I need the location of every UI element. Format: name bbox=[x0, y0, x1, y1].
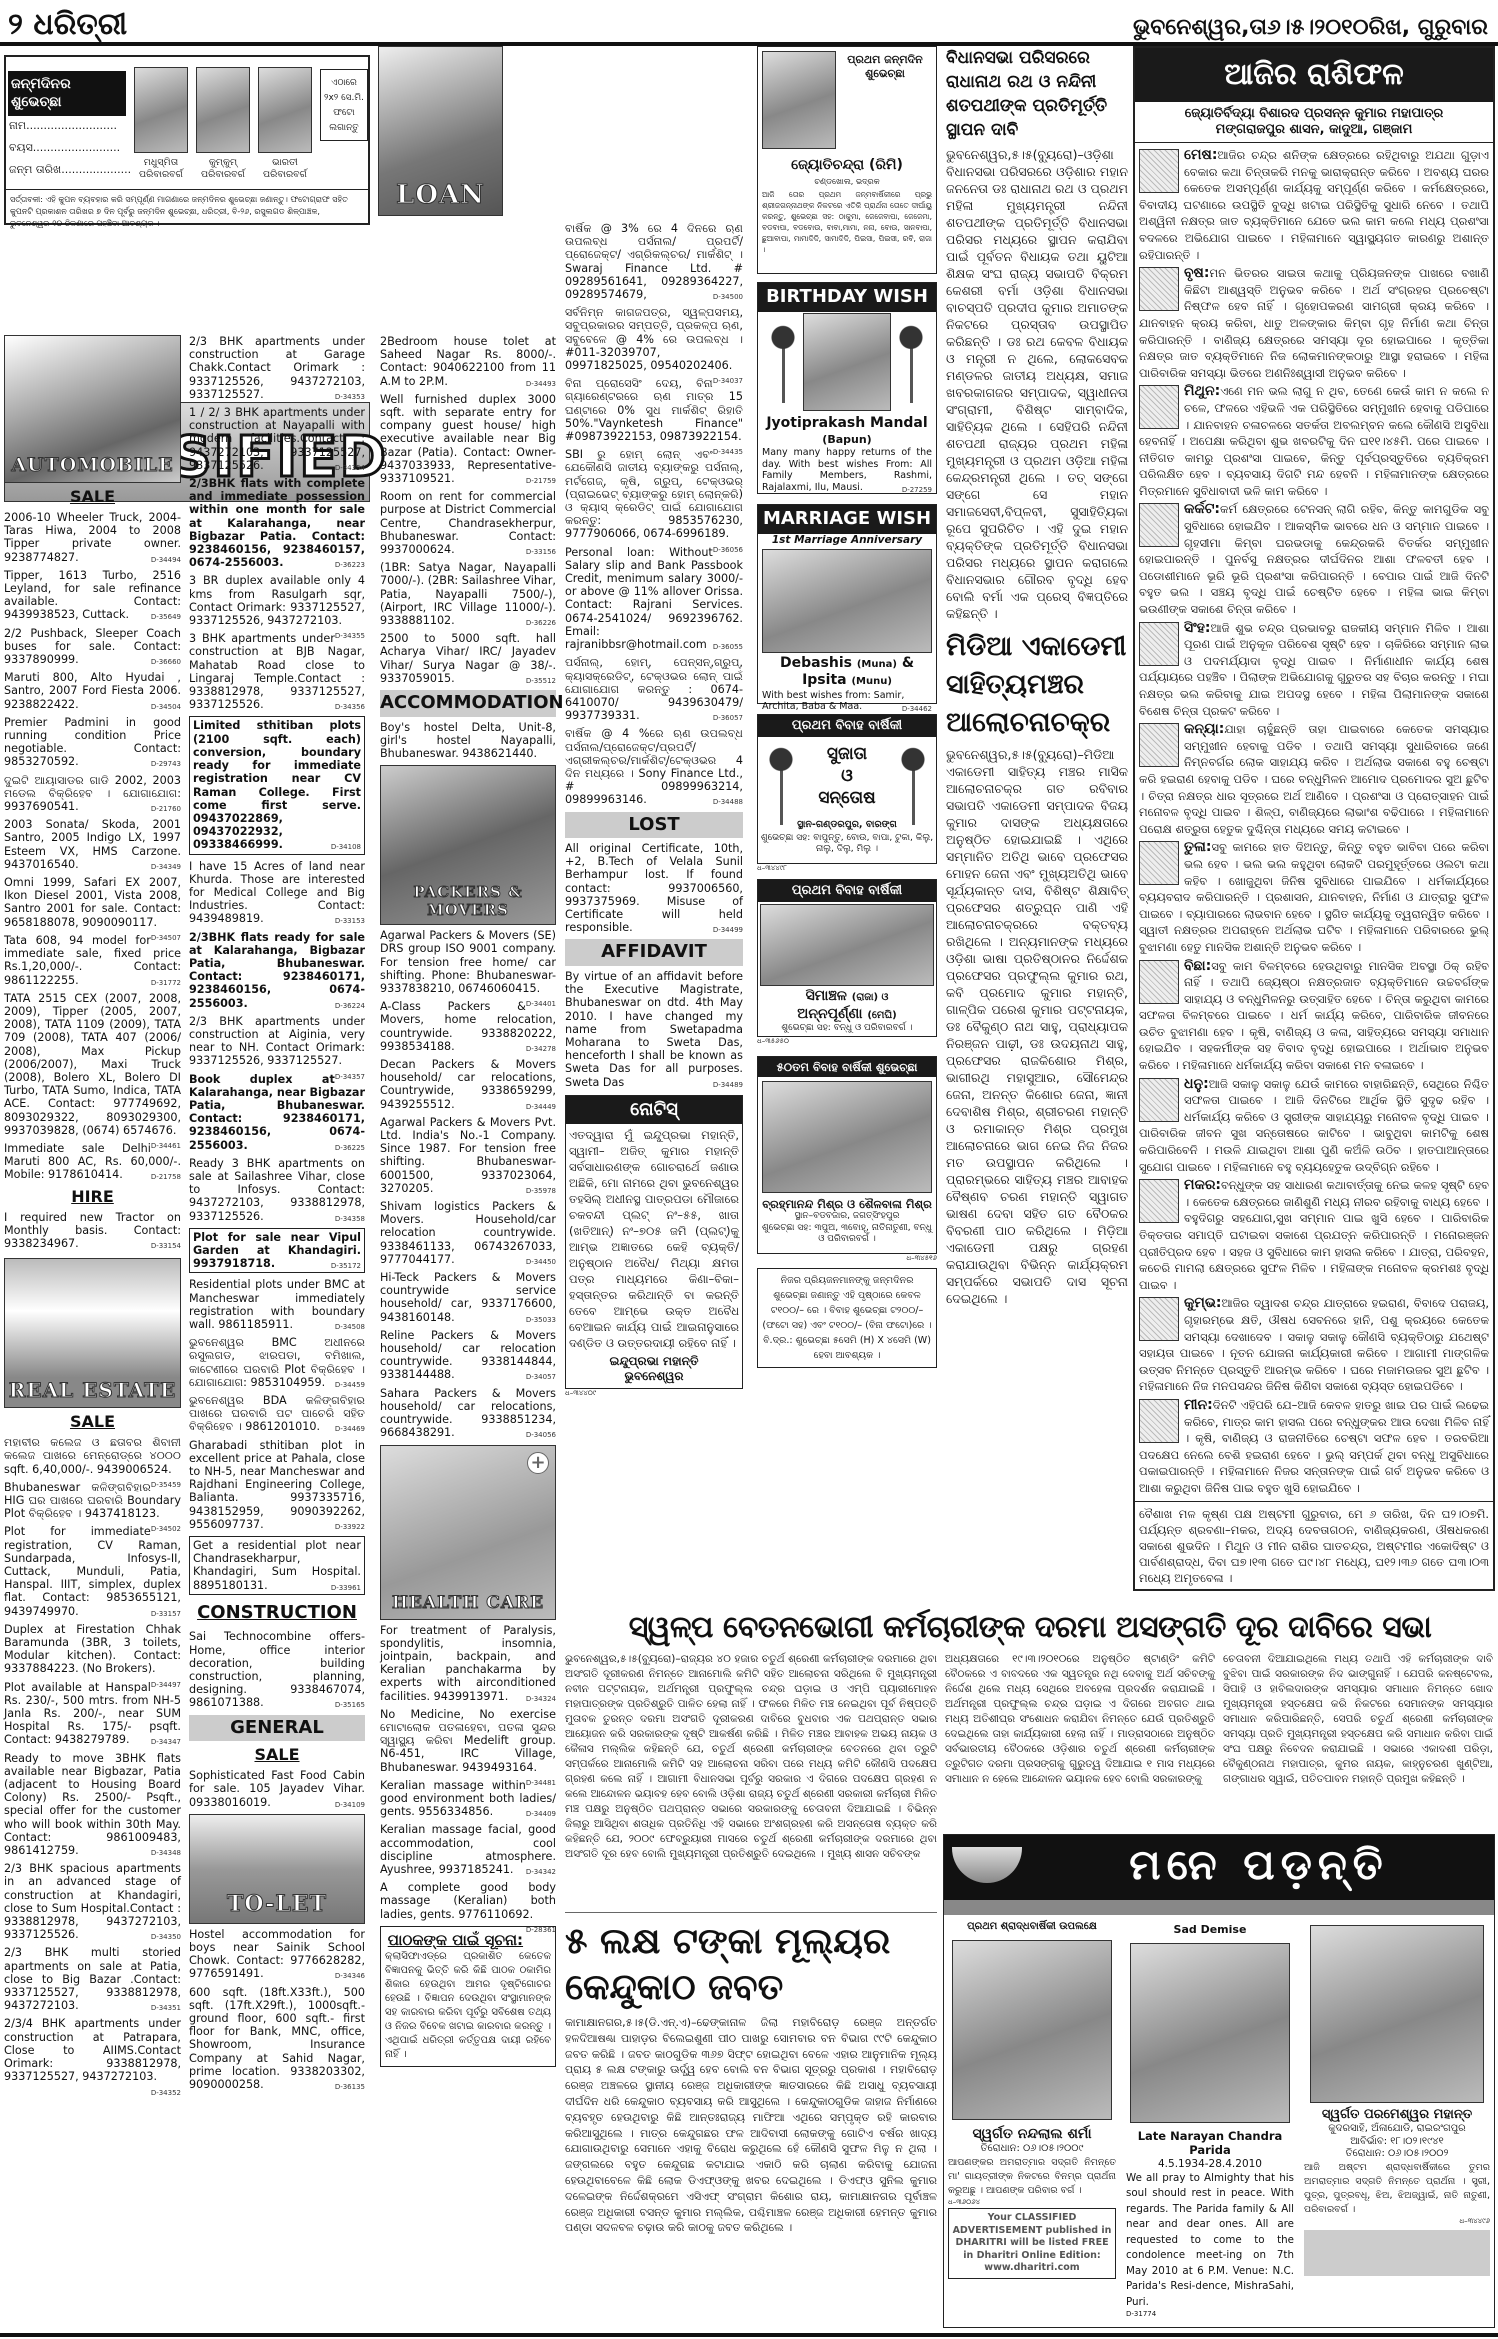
ad-code: D-36224 bbox=[335, 1000, 365, 1013]
life-dates: 4.5.1934-28.4.2010 bbox=[1126, 2158, 1294, 2171]
ad-code: ଧ–୩୪୪୯୮ bbox=[757, 864, 937, 873]
wish-name: ଜ୍ୟୋତିଚନ୍ଦ୍ରା (ରିମି) bbox=[758, 157, 936, 175]
zodiac-icon bbox=[1139, 267, 1179, 311]
classified-ad: I required new Tractor on Monthly basis.… bbox=[4, 1211, 181, 1251]
ad-code: D-34356 bbox=[335, 701, 365, 714]
obituary-box: ମନେ ପଡ଼ନ୍ତି ପ୍ରଥମ ଶ୍ରାଦ୍ଧବାର୍ଷିକୀ ଉପଲକ୍ଷ… bbox=[943, 1834, 1495, 2328]
birthday-wish: BIRTHDAY WISH Jyotiprakash Mandal (Bapun… bbox=[757, 282, 937, 494]
bride-name: Ipsita bbox=[802, 672, 847, 688]
news-body: ଭୁବନେଶ୍ୱର,୫।୫(ବ୍ୟୁରୋ)–ମିଡିଆ ଏକାଡେମୀ ସାହି… bbox=[946, 746, 1128, 1307]
ad-code: D-34354 bbox=[335, 462, 365, 475]
ad-code: D-36057 bbox=[713, 712, 743, 725]
marriage-wish-subtitle: 1st Marriage Anniversary bbox=[758, 534, 936, 547]
ad-code: D-35512 bbox=[526, 675, 556, 688]
child-family: ପରିବାରବର୍ଗ bbox=[252, 169, 318, 181]
classified-ad: Sai Technocombine offers- Home, office i… bbox=[189, 1630, 365, 1709]
wishes-column: ପ୍ରଥମ ଜନ୍ମଦିନ ଶୁଭେଚ୍ଛା ଜ୍ୟୋତିଚନ୍ଦ୍ରା (ରି… bbox=[757, 46, 937, 1368]
ad-code: D-34499 bbox=[713, 924, 743, 937]
classified-ad: Maruti 800, Alto Hyudai , Santro, 2007 F… bbox=[4, 671, 181, 711]
ad-code: D-35978 bbox=[526, 1185, 556, 1198]
ad-code: D-36135 bbox=[335, 2081, 365, 2094]
classified-ad: ଭୁବନେଶ୍ୱର BMC ଅଧୀନରେ ରସୁଲଗଡ, ଝାରପଡା, ବମି… bbox=[189, 1336, 365, 1389]
section-hire: HIRE bbox=[4, 1187, 181, 1207]
birth-date: ଆବିର୍ଭାବ: ୧୮।୦୨।୧୯୪୧ bbox=[1304, 2136, 1490, 2149]
ad-code: D-34352 bbox=[151, 2087, 181, 2100]
classified-ad: Gharabadi sthitiban plot in excellent pr… bbox=[189, 1439, 365, 1531]
ad-code: D-35459 bbox=[151, 1479, 181, 1492]
ad-code: D-34493 bbox=[526, 378, 556, 391]
child-family: ପରିବାରବର୍ଗ bbox=[128, 169, 194, 181]
classified-ad: 1 / 2/ 3 BHK apartments under constructi… bbox=[189, 406, 365, 472]
wish-nickname: (Bapun) bbox=[758, 433, 936, 447]
classified-ad: Agarwal Packers & Movers Pvt. Ltd. India… bbox=[380, 1116, 556, 1195]
ad-code: ଧ–୩୫୬୫୦ bbox=[757, 1037, 937, 1046]
ad-code: D-34401 bbox=[526, 998, 556, 1011]
anniversary-wish-2: ପ୍ରଥମ ବିବାହ ବାର୍ଷିକୀ ସିମାଞ୍ଚଳ (ରାଜା) ଓ ଅ… bbox=[757, 879, 937, 1037]
ad-code: D-34347 bbox=[151, 1736, 181, 1749]
amp: & bbox=[902, 655, 914, 671]
news-body: ଚେତାବନୀ ଦିଆଯାଇଥିଲେ ମଧ୍ୟ ତଥାପି ଏହି କର୍ମଚା… bbox=[1223, 1652, 1493, 1862]
ad-code: D-34481 bbox=[526, 1777, 556, 1790]
classified-ad: ପର୍ସନାଲ୍, ହୋମ୍, ପେନ୍‌ସନ୍,ଗ୍ରୁପ୍, କ୍ୟାସକ୍… bbox=[565, 656, 743, 722]
rose-icon bbox=[894, 323, 928, 403]
ad-code: D-36225 bbox=[335, 1142, 365, 1155]
obituary-message: We all pray to Almighty that his soul sh… bbox=[1126, 2171, 1294, 2311]
horoscope-box: ଆଜିର ରାଶିଫଳ ଜ୍ୟୋତିର୍ବିଦ୍ୟା ବିଶାରଦ ପ୍ରସନ୍… bbox=[1133, 46, 1495, 1591]
news-column: ବିଧାନସଭା ପରିସରରେ ରାଧାନାଥ ରଥ ଓ ନନ୍ଦିନୀ ଶତ… bbox=[946, 46, 1128, 1307]
classified-ad: Hi-Teck Packers & Movers countrywide ser… bbox=[380, 1271, 556, 1324]
child-name: କୁମ୍‌କୁମ୍ bbox=[190, 157, 256, 169]
sign-text: ଏଣେ ମନ ଭଲ ଲାଗୁ ନ ଥିବ, ତେଣେ କେଉଁ କାମ ନ କଲ… bbox=[1139, 384, 1489, 498]
couple-names: ବ୍ରହ୍ମାନନ୍ଦ ମିଶ୍ର ଓ ଶୈଳବାଳା ମିଶ୍ର bbox=[758, 1197, 936, 1211]
ad-code: D-36660 bbox=[151, 656, 181, 669]
ad-code: D-34507 bbox=[151, 932, 181, 945]
groom-name: ସିମାଞ୍ଚଳ bbox=[806, 988, 847, 1004]
bride-name: ଅନ୍ନପୂର୍ଣ୍ଣା bbox=[797, 1006, 862, 1022]
news-headline: ସ୍ୱଳ୍ପ ବେତନଭୋଗୀ କର୍ମଚାରୀଙ୍କ ଦରମା ଅସଙ୍ଗତି… bbox=[565, 1608, 1495, 1648]
zodiac-icon bbox=[1139, 503, 1179, 547]
groom-nick: (Muna) bbox=[857, 659, 897, 670]
anniversary-title: ୫୦ତମ ବିବାହ ବାର୍ଷିକୀ ଶୁଭେଚ୍ଛା bbox=[758, 1057, 936, 1077]
child-family: ପରିବାରବର୍ଗ bbox=[190, 169, 256, 181]
loan-label: LOAN bbox=[379, 179, 502, 212]
section-general: GENERAL bbox=[189, 1715, 365, 1742]
obituary-3: ସ୍ୱର୍ଗତ ପରମେଶ୍ୱର ମହାନ୍ତ କୁଦରସାହି, ଅଁଳାଯୋ… bbox=[1304, 1921, 1490, 2276]
birthday-wish-title: BIRTHDAY WISH bbox=[758, 283, 936, 312]
bride-nick: (ମେଘି) bbox=[867, 1010, 896, 1021]
obituary-1: ପ୍ରଥମ ଶ୍ରାଦ୍ଧବାର୍ଷିକୀ ଉପଲକ୍ଷେ ସ୍ୱର୍ଗତ ନନ… bbox=[948, 1921, 1116, 2279]
sign-name: ମୀନ: bbox=[1184, 1397, 1213, 1413]
anniversary-place: ସ୍ଥାନ–ବଡବଜାର, ଜଗତ୍‌ସିଂହପୁର bbox=[758, 1211, 936, 1222]
ad-code: D-34037 bbox=[713, 375, 743, 388]
rose-icon bbox=[896, 745, 930, 825]
horoscope-sign: ମୀନ:ଦିନଟି ଏହିପରି ଯେ–ଆଜି କେବଳ ହାତରୁ ଖାଇ ପ… bbox=[1139, 1397, 1489, 1497]
horoscope-sign: ଧନୁ:ଆଜି ସକାଳୁ ସକାଳୁ ଯେଉଁ କାମରେ ବାହାରିଛନ୍… bbox=[1139, 1076, 1489, 1176]
ad-code: D-35033 bbox=[526, 1314, 556, 1327]
death-date: ତିରୋଧାନ: ୦୬।୦୫।୨୦୦୯ bbox=[948, 2143, 1116, 2156]
ad-code: D-34056 bbox=[526, 1429, 556, 1442]
ad-code: D-34278 bbox=[526, 1043, 556, 1056]
zodiac-icon bbox=[1139, 841, 1179, 885]
classified-ad: ଦୁଇଟି ଆୟାସାଡର ଗାଡି 2002, 2003 ମଡେଲ ବିକ୍ର… bbox=[4, 774, 181, 814]
ad-code: D-34461 bbox=[151, 1140, 181, 1153]
ad-code: D-34497 bbox=[151, 1679, 181, 1692]
zodiac-icon bbox=[1139, 149, 1179, 193]
packers-movers-banner: PACKERS & MOVERS bbox=[380, 765, 556, 925]
ad-code: D-36055 bbox=[713, 641, 743, 654]
ad-code: ଧ–୩୪୪୯୬ bbox=[1304, 2217, 1490, 2226]
anniversary-wishes: ଶୁଭେଚ୍ଛା ସହ: ବାପୁନ୍ତୁ, ବୋଉ, ବାପା, ଟୁକା, … bbox=[760, 833, 934, 856]
health-care-banner: HEALTH CARE+ bbox=[380, 1445, 556, 1620]
classified-ad: Sophisticated Fast Food Cabin for sale. … bbox=[189, 1769, 365, 1809]
classified-ad: 2/3BHK flats ready for sale at Kalarahan… bbox=[189, 931, 365, 1010]
notice-title: ନୋଟିସ୍ bbox=[566, 1096, 742, 1125]
classified-ad: (1BR: Satya Nagar, Nayapalli 7000/-). (2… bbox=[380, 561, 556, 627]
classified-ad: TATA 2515 CEX (2007, 2008, 2009), Tipper… bbox=[4, 992, 181, 1137]
ad-code: D-34342 bbox=[526, 1866, 556, 1879]
dob-field[interactable]: ଜନ୍ମ ତାରିଖ.................... bbox=[9, 159, 131, 181]
news-headline: ମିଡିଆ ଏକାଡେମୀ ସାହିତ୍ୟମଞ୍ଚର ଆଲୋଚନାଚକ୍ର bbox=[946, 628, 1128, 742]
zodiac-icon bbox=[1139, 622, 1179, 666]
ad-code: D-34469 bbox=[335, 1423, 365, 1436]
classified-ad: Plot for immediate registration, CV Rama… bbox=[4, 1525, 181, 1617]
classified-ad: Decan Packers & Movers household/ car re… bbox=[380, 1058, 556, 1111]
classified-ad: 2/3 BHK spacious apartments in an advanc… bbox=[4, 1862, 181, 1941]
ad-code: D-34504 bbox=[151, 701, 181, 714]
deceased-photo bbox=[1310, 1925, 1484, 2103]
classified-ad: 2Bedroom house tolet at Saheed Nagar Rs.… bbox=[380, 335, 556, 388]
loan-image: LOAN bbox=[378, 46, 503, 216]
obituary-message: ଆପଣଙ୍କର ଅମରାତ୍ମାର ସଦ୍‌ଗତି ନିମନ୍ତେ ମା' ଗା… bbox=[948, 2156, 1116, 2198]
blank-ad-space bbox=[1304, 2230, 1490, 2276]
automobile-banner: AUTOMOBILE bbox=[4, 335, 181, 483]
bottom-rule bbox=[0, 2333, 1498, 2337]
news-story-4: ୫ ଲକ୍ଷ ଟଙ୍କା ମୂଲ୍ୟର କେନ୍ଦୁକାଠ ଜବତ କାମାକ୍… bbox=[565, 1912, 937, 2236]
classified-ad: ମହାବୀର କଲେଜ ଓ ଛତାବର ଶିବାନୀ କଲେଜ ପାଖରେ ମେ… bbox=[4, 1436, 181, 1476]
section-sale: SALE bbox=[4, 1412, 181, 1432]
sign-name: ମେଷ: bbox=[1184, 147, 1217, 163]
zodiac-icon bbox=[1139, 723, 1179, 767]
classified-ad: 2/3/4 BHK apartments under construction … bbox=[4, 2017, 181, 2083]
online-edition-promo[interactable]: Your CLASSIFIED ADVERTISEMENT published … bbox=[948, 2208, 1116, 2279]
sign-name: କୁମ୍ଭ: bbox=[1184, 1295, 1221, 1311]
wish-message: Many many happy returns of the day. With… bbox=[762, 447, 932, 496]
ad-code: D-34355 bbox=[335, 630, 365, 643]
golden-anniversary-wish: ୫୦ତମ ବିବାହ ବାର୍ଷିକୀ ଶୁଭେଚ୍ଛା ବ୍ରହ୍ମାନନ୍ଦ… bbox=[757, 1056, 937, 1254]
ad-code: D-34449 bbox=[526, 1101, 556, 1114]
horoscope-sign: ମିଥୁନ:ଏଣେ ମନ ଭଲ ଲାଗୁ ନ ଥିବ, ତେଣେ କେଉଁ କା… bbox=[1139, 383, 1489, 499]
horoscope-sign: ବୃଷ:ମନ ଭିତରର ସାଇତା କଥାକୁ ପ୍ରିୟଜନଙ୍କ ପାଖର… bbox=[1139, 265, 1489, 381]
real-estate-label: REAL ESTATE bbox=[5, 1378, 180, 1403]
birthday-coupon: ଜନ୍ମଦିନର ଶୁଭେଚ୍ଛା ନାମ...................… bbox=[4, 55, 370, 225]
bride-nick: (Munu) bbox=[851, 676, 891, 687]
sign-text: ସବୁ କାମ ବିଳମ୍ବରେ ହେଉଥିବାରୁ ମାନସିକ ଅବସ୍ଥା… bbox=[1139, 959, 1489, 1073]
horoscope-sign: ତୁଳା:ସବୁ କାମରେ ହାତ ଦିଅନ୍ତୁ, କିନ୍ତୁ ବହୁତ … bbox=[1139, 839, 1489, 955]
classified-col-3: 2Bedroom house tolet at Saheed Nagar Rs.… bbox=[380, 335, 556, 2067]
ad-code: D-34350 bbox=[151, 1931, 181, 1944]
classified-ad: Ready to move 3BHK flats available near … bbox=[4, 1752, 181, 1858]
news-body: ଭୁବନେଶ୍ୱର,୫।୫(ବ୍ୟୁରୋ)–ଓଡ଼ିଶା ବିଧାନସଭା ପର… bbox=[946, 146, 1128, 622]
ad-code: D-34349 bbox=[151, 861, 181, 874]
ad-code: D-34494 bbox=[151, 554, 181, 567]
classified-ad: Book duplex at Kalarahanga, near Bigbaza… bbox=[189, 1073, 365, 1152]
ad-code: D-34109 bbox=[335, 1799, 365, 1812]
classified-ad: Sahara Packers & Movers household/ car r… bbox=[380, 1387, 556, 1440]
sign-name: ଧନୁ: bbox=[1184, 1076, 1209, 1092]
classified-ad: Plot for sale near Vipul Garden at Khand… bbox=[189, 1228, 365, 1274]
ad-code: D-34057 bbox=[526, 1371, 556, 1384]
classified-ad: Hostel accommodation for boys near Saini… bbox=[189, 1928, 365, 1981]
portrait-photo bbox=[803, 313, 891, 411]
classified-ad: 2003 Sonata/ Skoda, 2001 Santro, 2005 In… bbox=[4, 818, 181, 871]
ad-code: D-35172 bbox=[331, 1260, 361, 1273]
obituary-2: Sad Demise Late Narayan Chandra Parida 4… bbox=[1126, 1921, 1294, 2319]
classified-col-2: 2/3 BHK apartments under construction at… bbox=[189, 335, 365, 2096]
ad-code: D-34324 bbox=[526, 1693, 556, 1706]
lamp-icon bbox=[952, 1847, 1022, 1883]
death-date: ତିରୋଧାନ: ୦୬।୦୫।୨୦୦୨ bbox=[1304, 2148, 1490, 2161]
couple-photo bbox=[762, 549, 932, 653]
zodiac-icon bbox=[1139, 1297, 1179, 1341]
classified-ad: Get a residential plot near Chandrasekha… bbox=[189, 1536, 365, 1595]
ad-code: D-34346 bbox=[335, 1970, 365, 1983]
classified-ad: SBI ରୁ ହୋମ୍ ଲୋନ୍ ଏବଂ ଯେକୌଣସି ଜାତୀୟ ବ୍ୟାଙ… bbox=[565, 448, 743, 540]
deceased-photo bbox=[1130, 1943, 1290, 2123]
wish-message: With best wishes from: Samir, Archita, B… bbox=[758, 690, 936, 713]
conjunction: ଓ bbox=[798, 765, 896, 787]
ad-code: D-34108 bbox=[331, 841, 361, 854]
sign-text: ମନ ଭିତରର ସାଇତା କଥାକୁ ପ୍ରିୟଜନଙ୍କ ପାଖରେ ବଖ… bbox=[1139, 266, 1489, 380]
horoscope-sign: ସିଂହ:ଆଜି ଶୁଭ ଚନ୍ଦ୍ର ପ୍ରଭାବରୁ ରାଜକୀୟ ସମ୍ମ… bbox=[1139, 620, 1489, 720]
ad-code: ଧ–୩୪୫୧୬ bbox=[757, 1254, 937, 1263]
couple-name: ସୁଜାତା bbox=[798, 743, 896, 765]
horoscope-sign: ମକର:ବନ୍ଧୁଙ୍କ ସହ ସାଧାରଣ କଥାବାର୍ତ୍ତାକୁ ନେଇ… bbox=[1139, 1177, 1489, 1293]
classified-ad: All original Certificate, 10th, +2, B.Te… bbox=[565, 842, 743, 934]
classified-ad: 3 BR duplex available only 4 kms from Ra… bbox=[189, 574, 365, 627]
classified-ad: 2500 to 5000 sqft. hall Acharya Vihar/ I… bbox=[380, 632, 556, 685]
wish-name: Jyotiprakash Mandal bbox=[758, 415, 936, 433]
automobile-label: AUTOMOBILE bbox=[5, 454, 180, 478]
news-body: କାମାକ୍ଷାନଗର,୫।୫(ଡି.ଏନ୍.ଏ)–ଢେଙ୍କାନାଳ ଜିଲା… bbox=[565, 2015, 937, 2236]
first-birthday-wish: ପ୍ରଥମ ଜନ୍ମଦିନ ଶୁଭେଚ୍ଛା ଜ୍ୟୋତିଚନ୍ଦ୍ରା (ରି… bbox=[757, 46, 937, 274]
reader-notice: ପାଠକଙ୍କ ପାଇଁ ସୂଚନା: କ୍ଲାସିଫାଏଡ୍‌ରେ ପ୍ରକା… bbox=[380, 1926, 556, 2067]
zodiac-icon bbox=[1139, 1078, 1179, 1122]
zodiac-icon bbox=[1139, 1179, 1179, 1223]
ad-code: D-34502 bbox=[151, 1523, 181, 1536]
horoscope-sign: କନ୍ୟା:ଯାହା ଚାହୁଁଛନ୍ତି ତାହା ପାଇବାରେ କେତେକ… bbox=[1139, 721, 1489, 837]
child-name: ଭାରତୀ bbox=[252, 157, 318, 169]
sign-text: ବନ୍ଧୁଙ୍କ ସହ ସାଧାରଣ କଥାବାର୍ତ୍ତାକୁ ନେଇ କଳହ… bbox=[1139, 1178, 1489, 1292]
classified-ad: Personal loan: Without Salary slip and B… bbox=[565, 546, 743, 652]
ad-code: D-34348 bbox=[151, 1847, 181, 1860]
sign-name: ମକର: bbox=[1184, 1177, 1221, 1193]
sign-text: ଆଜିର ଚନ୍ଦ୍ର ଶନିଙ୍କ କ୍ଷେତ୍ରରେ ରହିଥିବାରୁ ଅ… bbox=[1139, 148, 1489, 262]
ad-code: D-36223 bbox=[335, 559, 365, 572]
classified-col-1: AUTOMOBILE SALE 2006-10 Wheeler Truck, 2… bbox=[4, 335, 181, 2100]
classified-ad: Boy's hostel Delta, Unit-8, girl's hoste… bbox=[380, 721, 556, 761]
ad-code: D-31774 bbox=[1126, 2310, 1294, 2319]
groom-name: Debashis bbox=[780, 655, 852, 671]
obituary-banner: ମନେ ପଡ଼ନ୍ତି bbox=[944, 1835, 1494, 1915]
panjika: ବୈଶାଖ ମଳ କୃଷ୍ଣ ପକ୍ଷ ଅଷ୍ଟମୀ ଗୁରୁବାର, ମେ ୬… bbox=[1135, 1501, 1493, 1590]
deceased-place: କୁଦରସାହି, ଅଁଳାଯୋଡି, ରାଇରଂଗପୁର bbox=[1304, 2123, 1490, 2136]
sign-name: ମିଥୁନ: bbox=[1184, 383, 1220, 399]
dateline: ଭୁବନେଶ୍ୱର,ତା୬।୫।୨୦୧୦ରିଖ, ଗୁରୁବାର bbox=[1133, 14, 1488, 42]
ad-code: D-34351 bbox=[151, 2002, 181, 2015]
coupon-fields: ନାମ.......................... ବୟସ.......… bbox=[9, 115, 131, 181]
classified-ad: 3 BHK apartments under construction at B… bbox=[189, 632, 365, 711]
classified-col-4: ବାର୍ଷିକ @ 3% ରେ 4 ଦିନରେ ଋଣ ଉପଲବ୍ଧ ପର୍ସନା… bbox=[565, 222, 743, 1398]
astrologer-address: ମଙ୍ଗରାଜପୁର ଶାସନ, କାଦୁଆ, ଗଞ୍ଜାମ bbox=[1135, 122, 1493, 138]
ad-code: D-29743 bbox=[151, 758, 181, 771]
ad-code: D-31772 bbox=[151, 977, 181, 990]
classified-ad: Limited sthitiban plots (2100 sqft. each… bbox=[189, 716, 365, 854]
section-construction: CONSTRUCTION bbox=[189, 1600, 365, 1627]
ad-code: D-34488 bbox=[713, 796, 743, 809]
classified-ad: Ready 3 BHK apartments on sale at Sailas… bbox=[189, 1157, 365, 1223]
horoscope-sign: କୁମ୍ଭ:ଆଜିର ଦ୍ୱାଦଶ ଚନ୍ଦ୍ର ଯାତ୍ରାରେ ହଇରାଣ,… bbox=[1139, 1295, 1489, 1395]
anniversary-title: ପ୍ରଥମ ବିବାହ ବାର୍ଷିକୀ bbox=[758, 880, 936, 902]
zodiac-icon bbox=[1139, 385, 1179, 429]
ad-code: D-28361 bbox=[526, 1924, 556, 1937]
ad-code: D-34500 bbox=[713, 291, 743, 304]
sign-name: ବୃଷ: bbox=[1184, 265, 1209, 281]
classified-ad: Agarwal Packers & Movers (SE) DRS group … bbox=[380, 929, 556, 995]
classified-ad: Well furnished duplex 3000 sqft. with se… bbox=[380, 393, 556, 485]
deceased-photo bbox=[952, 1940, 1112, 2120]
ad-code: D-34435 bbox=[713, 446, 743, 459]
anniversary-wishes: ଶୁଭେଚ୍ଛା ସହ: ୩ପୁଅ, ୩ବୋହୂ, ନାତିନାତୁଣୀ, ବନ… bbox=[758, 1223, 936, 1246]
classified-ad: Residential plots under BMC at Mancheswa… bbox=[189, 1278, 365, 1331]
ad-code: D-34459 bbox=[335, 1379, 365, 1392]
news-story-3: ସ୍ୱଳ୍ପ ବେତନଭୋଗୀ କର୍ମଚାରୀଙ୍କ ଦରମା ଅସଙ୍ଗତି… bbox=[565, 1608, 1495, 1862]
photo-slot[interactable]: ଏଠାରେ ୨x୨ ସେ.ମି. ଫଟୋ ଲଗାନ୍ତୁ bbox=[320, 69, 368, 141]
classified-ad: ବାର୍ଷିକ @ 4 %ରେ ଋଣ ଉପଲବ୍ଧ ପର୍ସନାଲ/ପ୍ରୋଜେ… bbox=[565, 727, 743, 806]
obituary-tag: Sad Demise bbox=[1126, 1923, 1294, 1937]
page-number-masthead: ୨ ଧରିତ୍ରୀ bbox=[8, 6, 127, 44]
ad-code: D-33922 bbox=[335, 1521, 365, 1534]
section-affidavit: AFFIDAVIT bbox=[565, 939, 743, 966]
classified-ad: 600 sqft. (18ft.X33ft.), 500 sqft. (17ft… bbox=[189, 1986, 365, 2092]
ad-code: D-34409 bbox=[526, 1808, 556, 1821]
ad-code: D-33156 bbox=[526, 546, 556, 559]
name-field[interactable]: ନାମ.......................... bbox=[9, 115, 131, 137]
notice-place: ଭୁବନେଶ୍ୱର bbox=[566, 1369, 742, 1384]
classified-ad: Keralian massage facial, good accommodat… bbox=[380, 1823, 556, 1876]
rose-icon bbox=[766, 323, 800, 403]
sign-text: କର୍ମ କ୍ଷେତ୍ରରେ ଟେନସନ୍ ଲାଗି ରହିବ, କିନ୍ତୁ … bbox=[1139, 502, 1489, 616]
couple-name: ସନ୍ତୋଷ bbox=[798, 787, 896, 809]
sign-name: ତୁଳା: bbox=[1184, 839, 1211, 855]
marriage-wish-title: MARRIAGE WISH bbox=[758, 505, 936, 534]
sign-text: ଯାହା ଚାହୁଁଛନ୍ତି ତାହା ପାଇବାରେ କେତେକ ସମସ୍ୟ… bbox=[1139, 722, 1489, 836]
sign-name: ସିଂହ: bbox=[1184, 620, 1211, 636]
wish-rates-box: ନିଜର ପ୍ରିୟଜନମାନଙ୍କୁ ଜନ୍ମଦିନର ଶୁଭେଚ୍ଛା ଜଣ… bbox=[757, 1268, 937, 1368]
ad-code: D-21760 bbox=[151, 803, 181, 816]
news-headline: ୫ ଲକ୍ଷ ଟଙ୍କା ମୂଲ୍ୟର କେନ୍ଦୁକାଠ ଜବତ bbox=[565, 1919, 937, 2011]
ad-code: D-33154 bbox=[151, 1240, 181, 1253]
classified-ad: Room on rent for commercial purpose at D… bbox=[380, 490, 556, 556]
anniversary-place: ସ୍ଥାନ-ଗଣ୍ଡରପୁର, ବାରଙ୍ଗ bbox=[758, 819, 936, 831]
marriage-wish: MARRIAGE WISH 1st Marriage Anniversary D… bbox=[757, 504, 937, 704]
rose-icon bbox=[764, 745, 798, 825]
groom-nick: (ରାଜା) ଓ bbox=[852, 992, 889, 1003]
classified-ad: 2/3 BHK apartments under construction at… bbox=[189, 1015, 365, 1068]
notice-box: ନୋଟିସ୍ ଏତଦ୍ୱାରା ମୁଁ ଇନ୍ଦୁପ୍ରଭା ମହାନ୍ତି, … bbox=[565, 1095, 743, 1390]
astrologer-name: ଜ୍ୟୋତିର୍ବିଦ୍ୟା ବିଶାରଦ ପ୍ରସନ୍ନ କୁମାର ମହାପ… bbox=[1135, 106, 1493, 122]
zodiac-icon bbox=[1139, 1399, 1179, 1443]
ad-code: ଧ–୩୬୦୬୪ bbox=[948, 2198, 1116, 2207]
packers-movers-label: PACKERS & MOVERS bbox=[381, 883, 555, 921]
health-care-label: HEALTH CARE bbox=[381, 1593, 555, 1614]
classified-ad: ସର୍ବନିମ୍ନ କାଗଜପତ୍ର, ସ୍ୱଳ୍ପସମୟ, ସବୁପ୍ରକାର… bbox=[565, 306, 743, 372]
classified-ad: No Medicine, No exercise ମୋଟାଲୋକ ପତଳାହେବ… bbox=[380, 1708, 556, 1774]
age-field[interactable]: ବୟସ......................... bbox=[9, 137, 131, 159]
wish-message: ଆଜି ତୋର ପ୍ରଥମ ଜନ୍ମବାର୍ଷିକୀରେ ପ୍ରଭୁ ଶ୍ରୀଜ… bbox=[762, 189, 932, 255]
child-photo-2 bbox=[196, 67, 250, 153]
obituary-tag: ପ୍ରଥମ ଶ୍ରାଦ୍ଧବାର୍ଷିକୀ ଉପଲକ୍ଷେ bbox=[948, 1921, 1116, 1934]
classified-ad: 2/3 BHK multi storied apartments on sale… bbox=[4, 1946, 181, 2012]
coupon-terms: ସର୍ତ୍ତାବଳୀ: ଏହି କୁପନ ବ୍ୟବହାର କରି ସମ୍ପୂର୍… bbox=[6, 189, 368, 234]
ad-code: D-21759 bbox=[526, 475, 556, 488]
obituary-message: ଆଜି ଅଷ୍ଟମ ଶ୍ରାଦ୍ଧବାର୍ଷିକୀରେ ତୁମର ଅମରାତ୍ମ… bbox=[1304, 2161, 1490, 2217]
ad-code: D-36226 bbox=[526, 617, 556, 630]
classified-ad: Reline Packers & Movers household/ car r… bbox=[380, 1329, 556, 1382]
classified-ad: I have 15 Acres of land near Khurda. Tho… bbox=[189, 860, 365, 926]
child-photo-1 bbox=[134, 67, 188, 153]
sign-name: କନ୍ୟା: bbox=[1184, 721, 1224, 737]
anniversary-wish-1: ପ୍ରଥମ ବିବାହ ବାର୍ଷିକୀ ସୁଜାତାଓସନ୍ତୋଷ ସ୍ଥାନ… bbox=[757, 714, 937, 864]
deceased-name: ସ୍ୱର୍ଗତ ନନ୍ଦଲାଲ ଶର୍ମା bbox=[948, 2126, 1116, 2144]
ad-code: ଧ–୩୪୪୦୯ bbox=[565, 1389, 743, 1398]
anniversary-wishes: ଶୁଭେଚ୍ଛା ସହ: ବନ୍ଧୁ ଓ ପରିବାରବର୍ଗ । bbox=[758, 1023, 936, 1034]
child-name: ମଧୁସ୍ମିତା bbox=[128, 157, 194, 169]
deceased-name: ସ୍ୱର୍ଗତ ପରମେଶ୍ୱର ମହାନ୍ତ bbox=[1304, 2107, 1490, 2123]
notice-body: ଏତଦ୍ୱାରା ମୁଁ ଇନ୍ଦୁପ୍ରଭା ମହାନ୍ତି, ସ୍ୱାମୀ–… bbox=[566, 1124, 742, 1354]
classified-ad: For treatment of Paralysis, spondylitis,… bbox=[380, 1624, 556, 1703]
ad-code: D-33157 bbox=[151, 1608, 181, 1621]
to-let-banner: TO-LET bbox=[189, 1814, 365, 1924]
classified-ad: 2006-10 Wheeler Truck, 2004-Taras Hiwa, … bbox=[4, 511, 181, 564]
section-lost: LOST bbox=[565, 812, 743, 839]
deceased-name: Late Narayan Chandra Parida bbox=[1126, 2129, 1294, 2158]
ad-code: D-34358 bbox=[335, 1213, 365, 1226]
ad-code: D-34357 bbox=[335, 1071, 365, 1084]
ad-code: D-34489 bbox=[713, 1079, 743, 1092]
couple-photo bbox=[760, 904, 934, 986]
classified-ad: ଭୁବନେଶ୍ୱର BDA କଳିଙ୍ଗବିହାର ପାଖରେ ଘରବାରି ପ… bbox=[189, 1394, 365, 1434]
ad-code: D-36056 bbox=[713, 544, 743, 557]
wish-place: ଚଣ୍ଡଖୋଲ, ଭଦ୍ରକ bbox=[758, 177, 936, 187]
reader-notice-body: କ୍ଲାସିଫାଏଡ୍‌ରେ ପ୍ରକାଶିତ କେତେକ ବିଜ୍ଞାପନକୁ… bbox=[385, 1950, 551, 2062]
sign-name: କର୍କଟ: bbox=[1184, 501, 1220, 517]
news-body: ଭୁବନେଶ୍ୱର,୫।୫(ବ୍ୟୁରୋ)–ରାଜ୍ୟର ୪୦ ହଜାର ଚତୁ… bbox=[565, 1652, 937, 1862]
ad-code: D-33961 bbox=[331, 1582, 361, 1595]
horoscope-sign: ମେଷ:ଆଜିର ଚନ୍ଦ୍ର ଶନିଙ୍କ କ୍ଷେତ୍ରରେ ରହିଥିବା… bbox=[1139, 147, 1489, 263]
classified-ad: 2/2 Pushback, Sleeper Coach buses for sa… bbox=[4, 627, 181, 667]
ad-code: D-34508 bbox=[335, 1321, 365, 1334]
classified-ad: Duplex at Firestation Chhak Baramunda (3… bbox=[4, 1623, 181, 1676]
couple-photo bbox=[762, 1081, 932, 1193]
ad-code: D-21758 bbox=[151, 1171, 181, 1184]
horoscope-sign: ବିଛା:ସବୁ କାମ ବିଳମ୍ବରେ ହେଉଥିବାରୁ ମାନସିକ ଅ… bbox=[1139, 958, 1489, 1074]
classified-ad: ବାର୍ଷିକ @ 3% ରେ 4 ଦିନରେ ଋଣ ଉପଲବ୍ଧ ପର୍ସନା… bbox=[565, 222, 743, 301]
classified-ad: Omni 1999, Safari EX 2007, Ikon Diesel 2… bbox=[4, 876, 181, 929]
classified-ad: A complete good body massage (Keralian) … bbox=[380, 1881, 556, 1921]
ad-code: D-35649 bbox=[151, 611, 181, 624]
wish-tag: ପ୍ରଥମ ଜନ୍ମଦିନ ଶୁଭେଚ୍ଛା bbox=[842, 53, 928, 81]
real-estate-banner: REAL ESTATE bbox=[4, 1258, 181, 1408]
